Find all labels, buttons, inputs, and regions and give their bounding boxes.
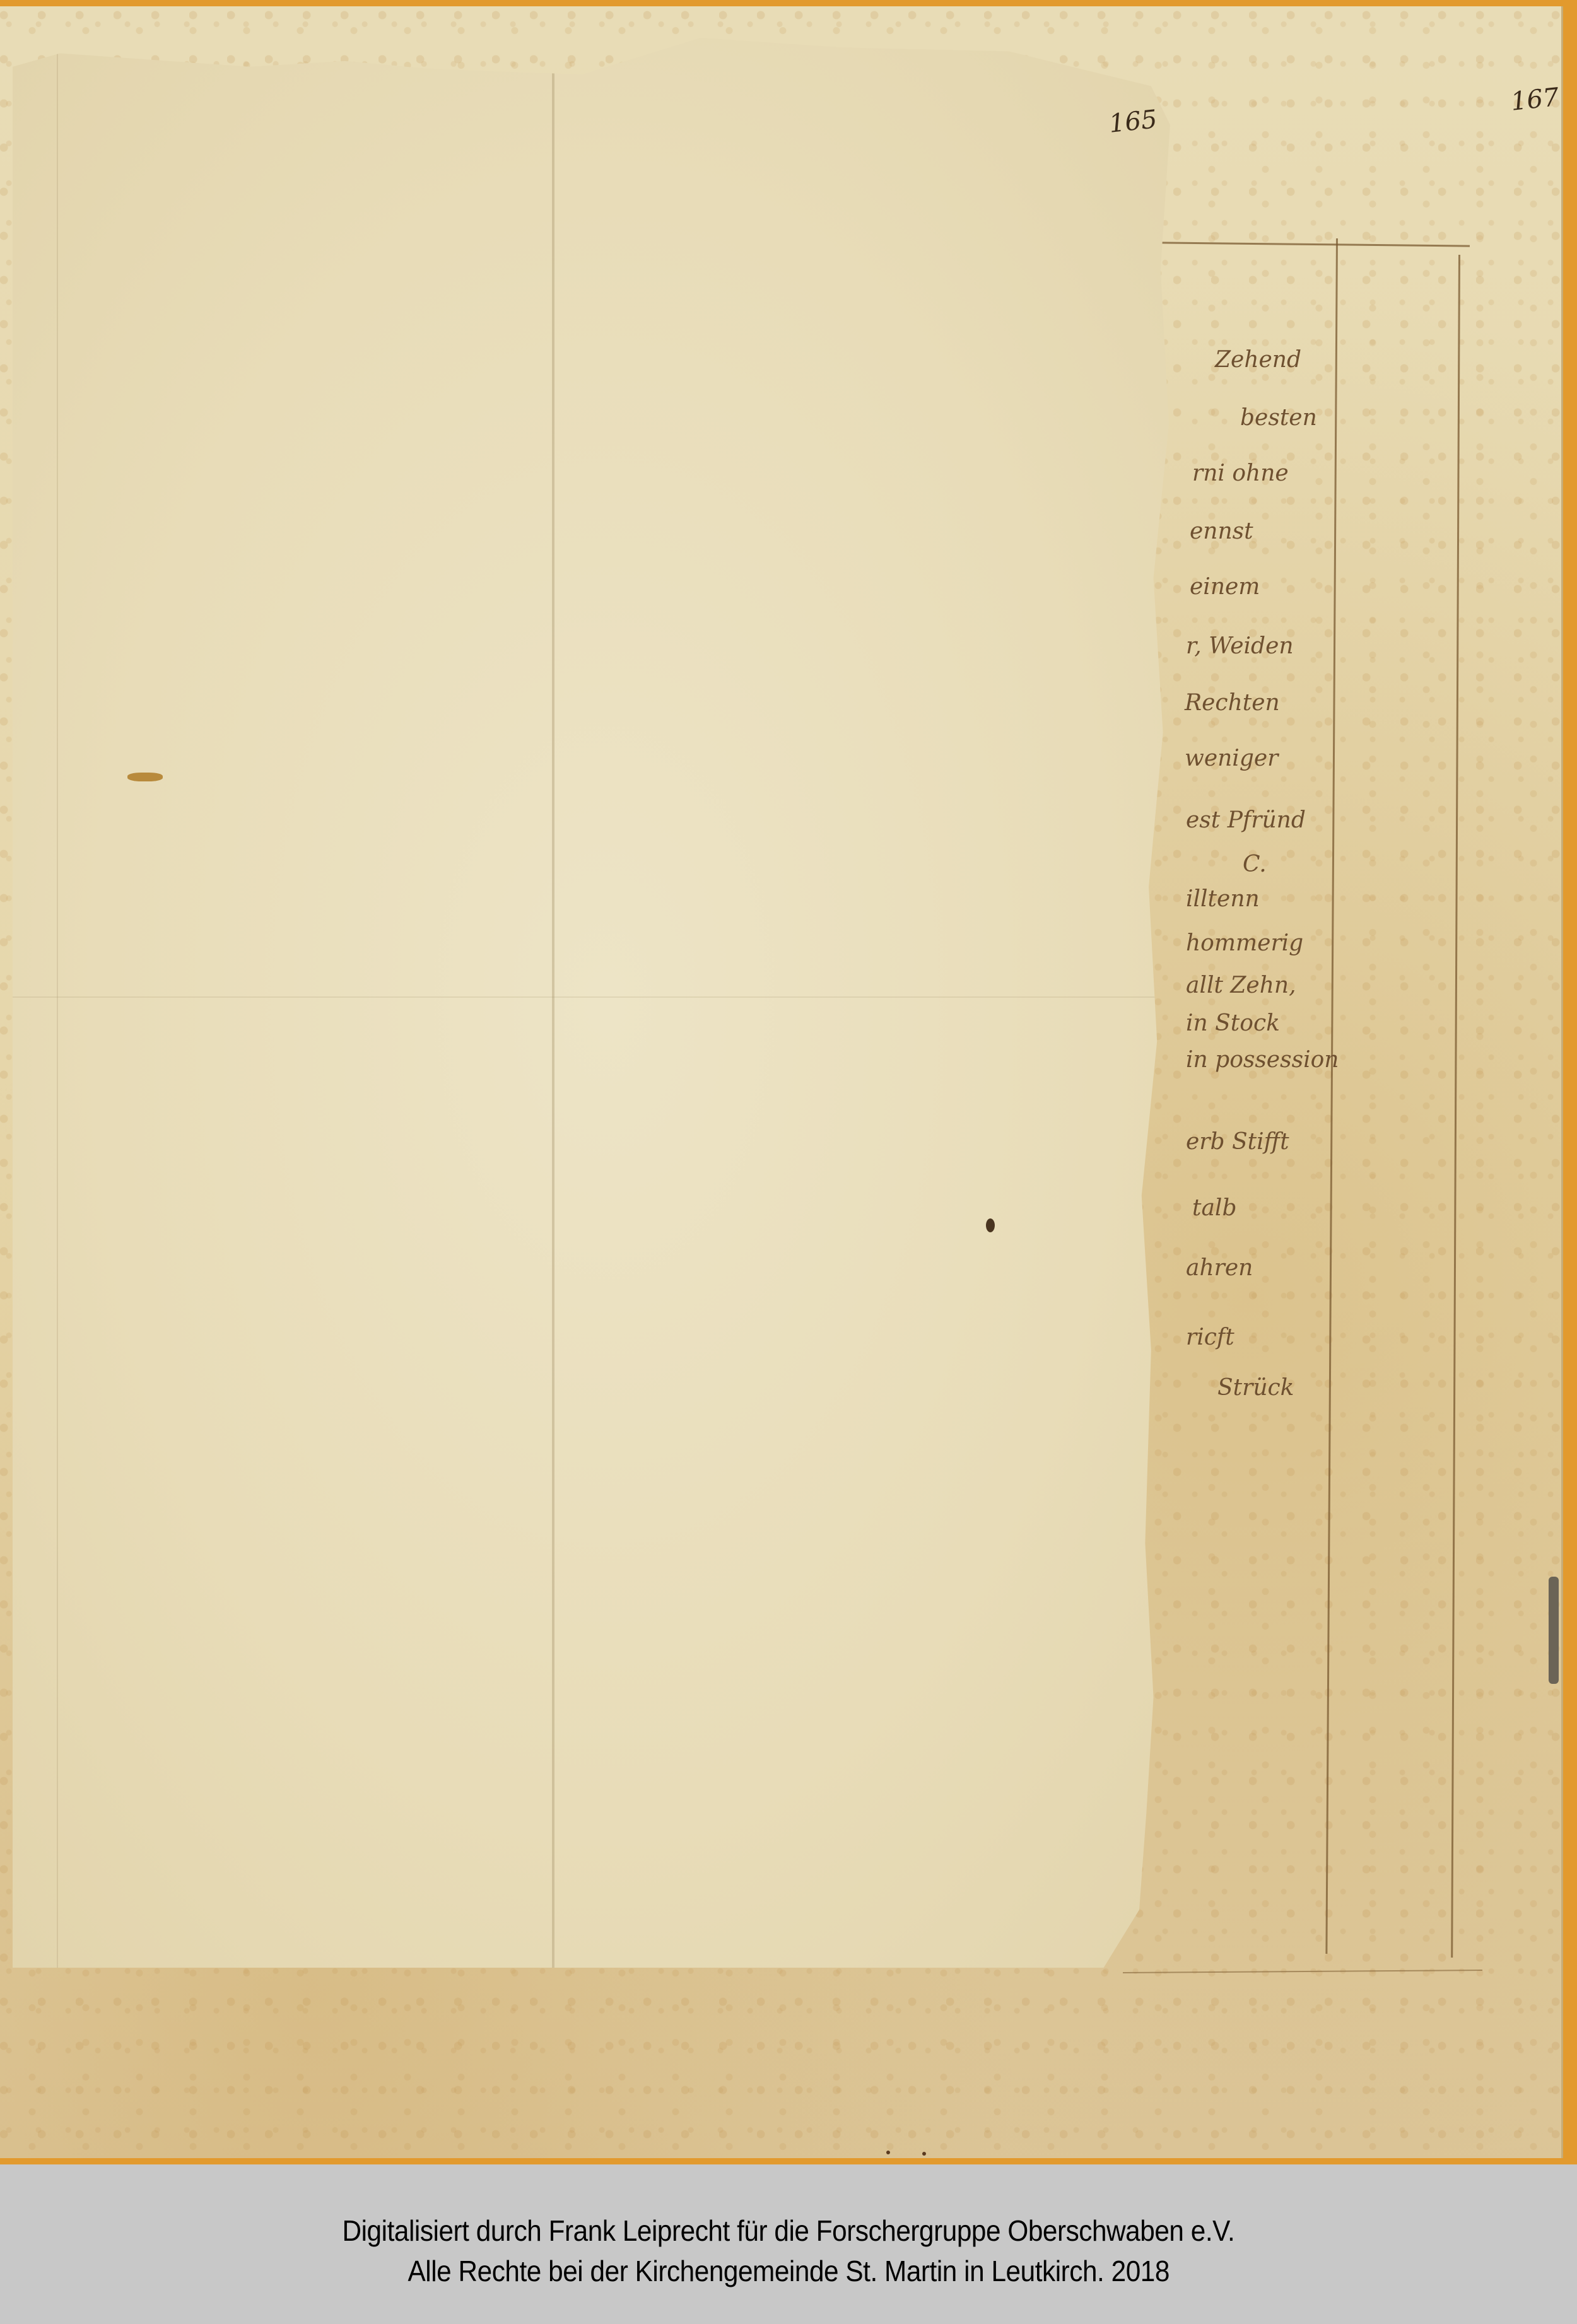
ink-marks-bottom [922, 2152, 926, 2156]
scanned-document-image: 167 Zehend besten rni ohne ennst einem r… [0, 0, 1577, 2164]
ink-marks-bottom [886, 2151, 890, 2154]
folio-number-167: 167 [1510, 83, 1561, 117]
folio-number-165: 165 [1108, 105, 1159, 139]
horizontal-crease [13, 996, 1199, 998]
vertical-fold-line [552, 38, 554, 1968]
ink-stain [127, 773, 163, 781]
digitization-credit: Digitalisiert durch Frank Leiprecht für … [343, 2214, 1235, 2248]
dark-spot [986, 1218, 995, 1232]
bookmark-strip [1549, 1577, 1559, 1684]
copyright-footer: Digitalisiert durch Frank Leiprecht für … [0, 2164, 1577, 2324]
left-margin-crease [57, 38, 58, 1968]
rights-notice: Alle Rechte bei der Kirchengemeinde St. … [407, 2254, 1169, 2288]
overlay-torn-leaf: 165 [13, 38, 1199, 1968]
